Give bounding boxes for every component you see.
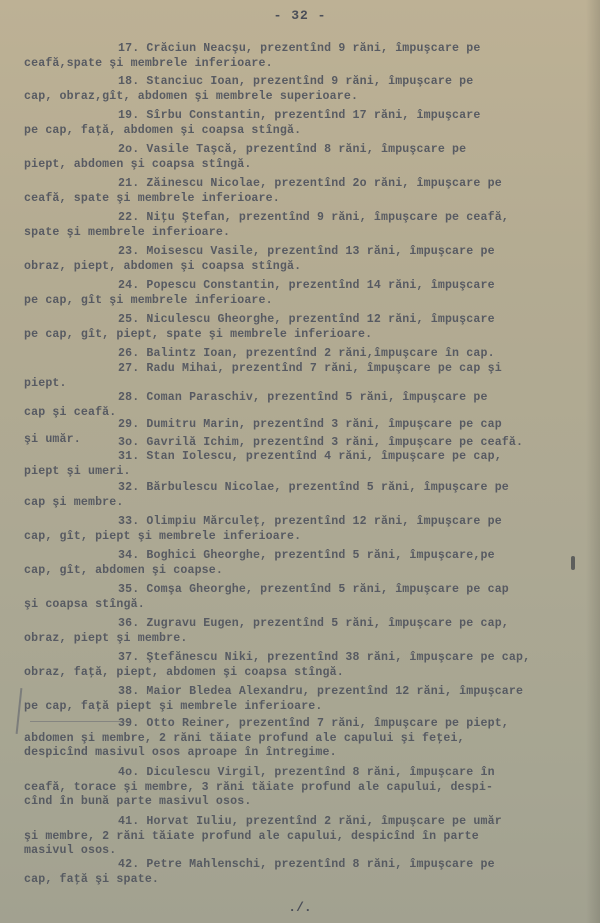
- entry-first-line: 17. Crăciun Neacşu, prezentînd 9 răni, î…: [24, 42, 584, 57]
- entry-continuation-line: şi coapsa stîngă.: [24, 598, 584, 613]
- entry-first-line: 26. Balintz Ioan, prezentînd 2 răni,împu…: [24, 347, 584, 362]
- entry-first-line: 2o. Vasile Taşcă, prezentînd 8 răni, împ…: [24, 143, 584, 158]
- list-item: 27. Radu Mihai, prezentînd 7 răni, împuş…: [24, 362, 584, 391]
- list-item: 35. Comşa Gheorghe, prezentînd 5 răni, î…: [24, 583, 584, 612]
- page-number: - 32 -: [0, 8, 600, 23]
- entry-first-line: 37. Ştefănescu Niki, prezentînd 38 răni,…: [24, 651, 584, 666]
- entry-continuation-line: piept.: [24, 377, 584, 392]
- entry-first-line: 3o. Gavrilă Ichim, prezentînd 3 răni, îm…: [24, 436, 584, 451]
- entry-first-line: 39. Otto Reiner, prezentînd 7 răni, împu…: [24, 717, 584, 732]
- entry-continuation-line: pe cap, gît şi membrele inferioare.: [24, 294, 584, 309]
- entry-continuation-line: şi membre, 2 răni tăiate profund ale cap…: [24, 830, 584, 845]
- entry-continuation-line: cap, obraz,gît, abdomen şi membrele supe…: [24, 90, 584, 105]
- entry-continuation-line: abdomen şi membre, 2 răni tăiate profund…: [24, 732, 584, 747]
- list-item: 31. Stan Iolescu, prezentînd 4 răni, împ…: [24, 450, 584, 479]
- list-item: 34. Boghici Gheorghe, prezentînd 5 răni,…: [24, 549, 584, 578]
- list-item: 17. Crăciun Neacşu, prezentînd 9 răni, î…: [24, 42, 584, 71]
- entry-first-line: 38. Maior Bledea Alexandru, prezentînd 1…: [24, 685, 584, 700]
- list-item: 41. Horvat Iuliu, prezentînd 2 răni, împ…: [24, 815, 584, 859]
- entry-continuation-line: cap, gît, piept şi membrele inferioare.: [24, 530, 584, 545]
- entry-continuation-line: pe cap, faţă piept şi membrele inferioar…: [24, 700, 584, 715]
- handwritten-underline: [30, 721, 130, 722]
- list-item: 37. Ştefănescu Niki, prezentînd 38 răni,…: [24, 651, 584, 680]
- entry-first-line: 29. Dumitru Marin, prezentînd 3 răni, îm…: [24, 418, 584, 433]
- entry-first-line: 19. Sîrbu Constantin, prezentînd 17 răni…: [24, 109, 584, 124]
- list-item: 39. Otto Reiner, prezentînd 7 răni, împu…: [24, 717, 584, 761]
- list-item: 42. Petre Mahlenschi, prezentînd 8 răni,…: [24, 858, 584, 887]
- entry-continuation-line: pe cap, gît, piept, spate şi membrele in…: [24, 328, 584, 343]
- list-item: 4o. Diculescu Virgil, prezentînd 8 răni,…: [24, 766, 584, 810]
- entry-continuation-line: cînd în bună parte masivul osos.: [24, 795, 584, 810]
- list-item: 2o. Vasile Taşcă, prezentînd 8 răni, împ…: [24, 143, 584, 172]
- entry-continuation-line: cap, faţă şi spate.: [24, 873, 584, 888]
- list-item: 33. Olimpiu Mărculeţ, prezentînd 12 răni…: [24, 515, 584, 544]
- entry-continuation-line: piept, abdomen şi coapsa stîngă.: [24, 158, 584, 173]
- entry-first-line: 41. Horvat Iuliu, prezentînd 2 răni, împ…: [24, 815, 584, 830]
- entry-first-line: 18. Stanciuc Ioan, prezentînd 9 răni, îm…: [24, 75, 584, 90]
- entry-first-line: 25. Niculescu Gheorghe, prezentînd 12 ră…: [24, 313, 584, 328]
- entry-continuation-line: ceafă, spate şi membrele inferioare.: [24, 192, 584, 207]
- entry-first-line: 24. Popescu Constantin, prezentînd 14 ră…: [24, 279, 584, 294]
- list-item: 3o. Gavrilă Ichim, prezentînd 3 răni, îm…: [24, 436, 584, 451]
- entry-continuation-line: cap şi membre.: [24, 496, 584, 511]
- entry-continuation-line: spate şi membrele inferioare.: [24, 226, 584, 241]
- page-edge-shadow: [586, 0, 600, 923]
- list-item: 32. Bărbulescu Nicolae, prezentînd 5 răn…: [24, 481, 584, 510]
- list-item: 19. Sîrbu Constantin, prezentînd 17 răni…: [24, 109, 584, 138]
- handwritten-margin-mark: [16, 688, 23, 734]
- entry-first-line: 33. Olimpiu Mărculeţ, prezentînd 12 răni…: [24, 515, 584, 530]
- entry-first-line: 22. Niţu Ştefan, prezentînd 9 răni, împu…: [24, 211, 584, 226]
- list-item: 38. Maior Bledea Alexandru, prezentînd 1…: [24, 685, 584, 714]
- entry-continuation-line: ceafă,spate şi membrele inferioare.: [24, 57, 584, 72]
- entry-first-line: 36. Zugravu Eugen, prezentînd 5 răni, îm…: [24, 617, 584, 632]
- entry-continuation-line: obraz, piept şi membre.: [24, 632, 584, 647]
- list-item: 36. Zugravu Eugen, prezentînd 5 răni, îm…: [24, 617, 584, 646]
- entry-continuation-line: piept şi umeri.: [24, 465, 584, 480]
- entry-first-line: 23. Moisescu Vasile, prezentînd 13 răni,…: [24, 245, 584, 260]
- list-item: 18. Stanciuc Ioan, prezentînd 9 răni, îm…: [24, 75, 584, 104]
- entry-first-line: 27. Radu Mihai, prezentînd 7 răni, împuş…: [24, 362, 584, 377]
- list-item: 22. Niţu Ştefan, prezentînd 9 răni, împu…: [24, 211, 584, 240]
- list-item: 28. Coman Paraschiv, prezentînd 5 răni, …: [24, 391, 584, 420]
- entry-first-line: 21. Zăinescu Nicolae, prezentînd 2o răni…: [24, 177, 584, 192]
- entry-first-line: 42. Petre Mahlenschi, prezentînd 8 răni,…: [24, 858, 584, 873]
- entry-continuation-line: masivul osos.: [24, 844, 584, 859]
- entry-continuation-line: cap, gît, abdomen şi coapse.: [24, 564, 584, 579]
- list-item: 23. Moisescu Vasile, prezentînd 13 răni,…: [24, 245, 584, 274]
- entry-continuation-line: obraz, piept, abdomen şi coapsa stîngă.: [24, 260, 584, 275]
- entry-first-line: 28. Coman Paraschiv, prezentînd 5 răni, …: [24, 391, 584, 406]
- entry-first-line: 4o. Diculescu Virgil, prezentînd 8 răni,…: [24, 766, 584, 781]
- list-item: 21. Zăinescu Nicolae, prezentînd 2o răni…: [24, 177, 584, 206]
- entry-first-line: 34. Boghici Gheorghe, prezentînd 5 răni,…: [24, 549, 584, 564]
- document-page: - 32 - 17. Crăciun Neacşu, prezentînd 9 …: [0, 0, 600, 923]
- list-item: 24. Popescu Constantin, prezentînd 14 ră…: [24, 279, 584, 308]
- entry-first-line: 31. Stan Iolescu, prezentînd 4 răni, împ…: [24, 450, 584, 465]
- list-item: 26. Balintz Ioan, prezentînd 2 răni,împu…: [24, 347, 584, 362]
- end-mark: ./.: [0, 900, 600, 915]
- list-item: 25. Niculescu Gheorghe, prezentînd 12 ră…: [24, 313, 584, 342]
- entry-first-line: 32. Bărbulescu Nicolae, prezentînd 5 răn…: [24, 481, 584, 496]
- ink-stain: [571, 556, 575, 570]
- entry-continuation-line: despicînd masivul osos aproape în întreg…: [24, 746, 584, 761]
- entry-first-line: 35. Comşa Gheorghe, prezentînd 5 răni, î…: [24, 583, 584, 598]
- entry-continuation-line: pe cap, faţă, abdomen şi coapsa stîngă.: [24, 124, 584, 139]
- entry-continuation-line: ceafă, torace şi membre, 3 răni tăiate p…: [24, 781, 584, 796]
- entry-continuation-line: obraz, faţă, piept, abdomen şi coapsa st…: [24, 666, 584, 681]
